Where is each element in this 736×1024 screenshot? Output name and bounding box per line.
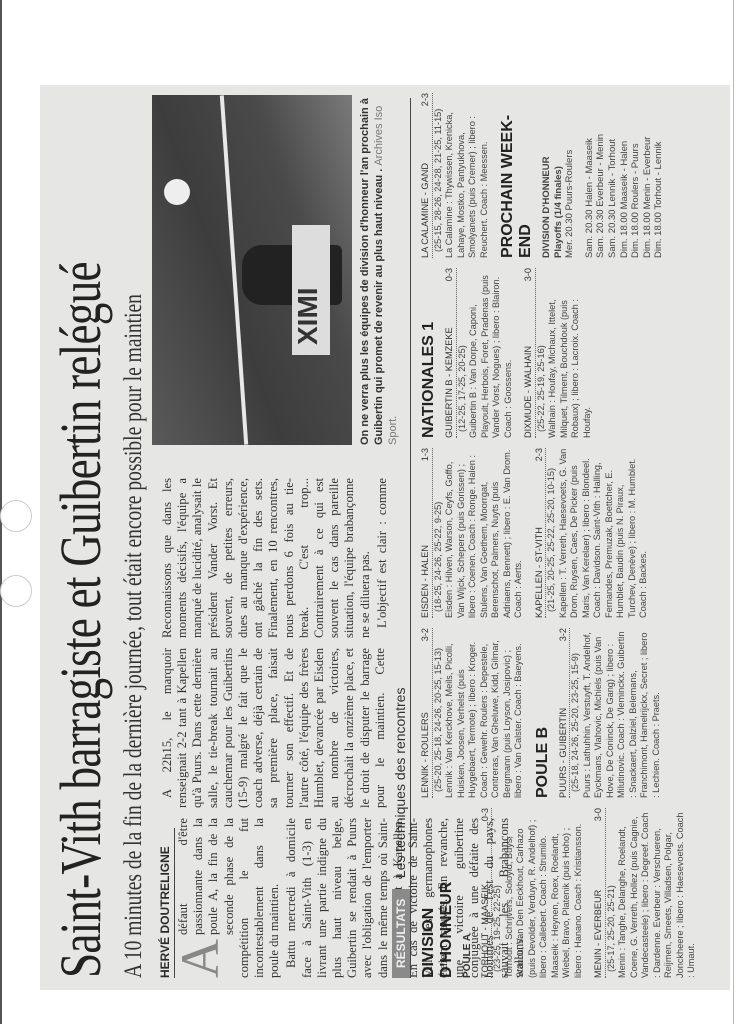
- results-nationales-1-cont: LA CALAMINE - GAND2-3 (25-15, 28-26, 24-…: [420, 93, 673, 258]
- results-nationales-1: NATIONALES 1 GUIBERTIN B - KEMZEKE0-3 (1…: [420, 268, 602, 438]
- match-result: DIXMUDE - WALHAIN3-0 (25-22, 25-19, 25-1…: [523, 268, 593, 438]
- match-result: KAPELLEN - ST-VITH2-3 (21-25, 20-25, 25-…: [534, 448, 650, 618]
- paragraph: Reconnaissons que dans les moments décis…: [160, 478, 373, 638]
- volleyball-icon: [164, 179, 190, 205]
- article-column-2: A 22h15, le marquoir renseignait 2-2 tan…: [160, 648, 390, 808]
- results-division-honneur-b: LENNIK - ROULERS3-2 (25-20, 25-18, 24-26…: [420, 628, 671, 798]
- paragraph: A 22h15, le marquoir renseignait 2-2 tan…: [160, 648, 390, 808]
- volleyball-photo: XIMI: [152, 95, 352, 445]
- results-title: Les techniques des rencontres: [392, 688, 408, 879]
- prochain-weekend-heading: PROCHAIN WEEK-END: [499, 93, 535, 258]
- match-result: EISDEN - HALEN1-3 (18-25, 24-26, 25-22, …: [420, 448, 525, 618]
- results-tag: RÉSULTATS: [392, 889, 410, 978]
- results-header: RÉSULTATS Les techniques des rencontres: [392, 98, 411, 978]
- match-result: LA CALAMINE - GAND2-3 (25-15, 28-26, 24-…: [420, 93, 490, 258]
- punch-hole-top: [0, 500, 32, 532]
- scan-edge-right: [733, 0, 734, 1024]
- newspaper-clipping: Saint-Vith barragiste et Guibertin relég…: [40, 85, 730, 990]
- match-result: GUIBERTIN B - KEMZEKE0-3 (12-25, 17-25, …: [444, 268, 514, 438]
- article-column-3: Reconnaissons que dans les moments décis…: [160, 478, 390, 638]
- match-result: MENIN - EVERBEUR3-0 (25-17, 25-20, 25-21…: [593, 808, 698, 978]
- match-result: LENNIK - ROULERS3-2 (25-20, 25-18, 24-26…: [420, 628, 525, 798]
- results-division-honneur-a: DIVISION D'HONNEUR POULE A TORHOUT - MAA…: [420, 808, 707, 978]
- sponsor-board: XIMI: [292, 225, 330, 355]
- headline: Saint-Vith barragiste et Guibertin relég…: [50, 292, 112, 978]
- match-result: TORHOUT - MAASEIK0-3 (23-25, 19-25, 22-2…: [480, 808, 585, 978]
- match-result: PUURS - GUIBERTIN3-2 (25-18, 24-26, 25-2…: [558, 628, 663, 798]
- paragraph: L'objectif est clair : comme nous l'avio…: [375, 478, 390, 638]
- subheadline: A 10 minutes de la fin de la dernière jo…: [120, 276, 148, 978]
- punch-hole-bottom: [0, 575, 32, 607]
- dropcap: A: [178, 939, 222, 978]
- results-poule-b-cont: EISDEN - HALEN1-3 (18-25, 24-26, 25-22, …: [420, 448, 659, 618]
- article-rotated: Saint-Vith barragiste et Guibertin relég…: [40, 85, 730, 990]
